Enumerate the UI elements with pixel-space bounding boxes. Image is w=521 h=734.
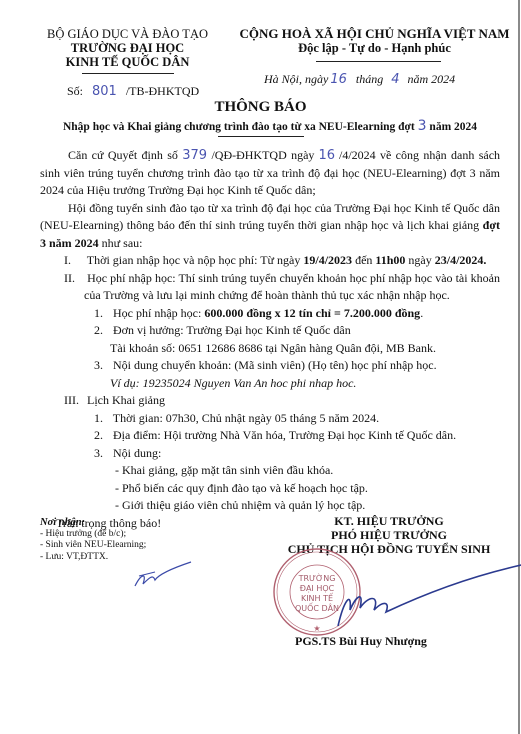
beneficiary: Đơn vị hưởng: Trường Đại học Kinh tế Quố…	[113, 323, 351, 337]
recipient-item: - Lưu: VT,ĐTTX.	[40, 552, 146, 564]
national-motto: Độc lập - Tự do - Hạnh phúc	[232, 41, 517, 56]
school-name-line1: TRƯỜNG ĐẠI HỌC	[40, 41, 215, 55]
item-number: 2.	[94, 427, 110, 445]
date-day: 16	[330, 72, 347, 87]
school-name-line2: KINH TẾ QUỐC DÂN	[40, 55, 215, 69]
section-tuition: II. Học phí nhập học: Thí sinh trúng tuy…	[40, 270, 500, 305]
transfer-content: Nội dung chuyển khoản: (Mã sinh viên) (H…	[113, 358, 437, 372]
issuing-authority: BỘ GIÁO DỤC VÀ ĐÀO TẠO TRƯỜNG ĐẠI HỌC KI…	[40, 27, 215, 69]
date-year: năm 2024	[408, 72, 456, 86]
list-item: 1. Thời gian: 07h30, Chủ nhật ngày 05 th…	[40, 410, 500, 428]
transfer-example: Ví dụ: 19235024 Nguyen Van An hoc phi nh…	[40, 375, 500, 393]
recipients-heading: Nơi nhận:	[40, 517, 146, 529]
document-number: Số: 801 /TB-ĐHKTQD	[67, 84, 199, 99]
signature-title-1: KT. HIỆU TRƯỞNG	[262, 514, 516, 528]
intro-text: như sau:	[102, 236, 143, 250]
list-item: 3. Nội dung:	[40, 445, 500, 463]
intro-paragraph-2: Hội đồng tuyển sinh đào tạo từ xa trình …	[40, 200, 500, 253]
end-date: 23/4/2024.	[435, 253, 487, 267]
section-text: ngày	[408, 253, 431, 267]
item-text: .	[420, 306, 423, 320]
document-subtitle: Nhập học và Khai giảng chương trình đào …	[30, 118, 510, 134]
section-opening-ceremony: III. Lịch Khai giảng	[40, 392, 500, 410]
left-header-rule	[82, 73, 174, 74]
intro-text: /QĐ-ĐHKTQD ngày	[211, 148, 314, 162]
recipient-item: - Hiệu trưởng (để b/c);	[40, 529, 146, 541]
item-number: 1.	[94, 410, 110, 428]
subtitle-batch: 3	[418, 118, 427, 134]
ceremony-time: Thời gian: 07h30, Chủ nhật ngày 05 tháng…	[113, 411, 379, 425]
section-text: Lịch Khai giảng	[87, 393, 165, 407]
signer-name: PGS.TS Bùi Huy Nhượng	[295, 634, 427, 649]
handwritten-signature-icon	[330, 560, 521, 630]
document-title: THÔNG BÁO	[0, 99, 521, 116]
list-item: 1. Học phí nhập học: 600.000 đồng x 12 t…	[40, 305, 500, 323]
tuition-amount: 600.000 đồng x 12 tín chỉ = 7.200.000 đồ…	[204, 306, 420, 320]
recipients-block: Nơi nhận: - Hiệu trưởng (để b/c); - Sinh…	[40, 517, 146, 563]
signature-title-2: PHÓ HIỆU TRƯỞNG	[262, 528, 516, 542]
ceremony-location: Địa điểm: Hội trường Nhà Văn hóa, Trường…	[113, 428, 456, 442]
section-text: Thời gian nhập học và nộp học phí: Từ ng…	[87, 253, 301, 267]
list-item: 2. Đơn vị hưởng: Trường Đại học Kinh tế …	[40, 322, 500, 340]
item-number: 3.	[94, 357, 110, 375]
section-number: III.	[64, 392, 84, 410]
recipient-item: - Sinh viên NEU-Elearning;	[40, 540, 146, 552]
section-number: II.	[64, 270, 84, 288]
section-text: Học phí nhập học: Thí sinh trúng tuyển c…	[84, 271, 500, 303]
intro-text: Căn cứ Quyết định số	[68, 148, 178, 162]
section-number: I.	[64, 252, 84, 270]
national-header: CỘNG HOÀ XÃ HỘI CHỦ NGHĨA VIỆT NAM Độc l…	[232, 26, 517, 56]
subtitle-prefix: Nhập học và Khai giảng chương trình đào …	[63, 121, 415, 133]
intro-paragraph-1: Căn cứ Quyết định số 379 /QĐ-ĐHKTQD ngày…	[40, 147, 500, 200]
ceremony-content-label: Nội dung:	[113, 446, 161, 460]
intro-text: Hội đồng tuyển sinh đào tạo từ xa trình …	[40, 201, 500, 233]
agenda-item: - Giới thiệu giáo viên chủ nhiệm và quản…	[40, 497, 500, 515]
section-enrollment-time: I. Thời gian nhập học và nộp học phí: Từ…	[40, 252, 500, 270]
nation-name: CỘNG HOÀ XÃ HỘI CHỦ NGHĨA VIỆT NAM	[232, 26, 517, 41]
subtitle-suffix: năm 2024	[429, 121, 477, 133]
ministry-name: BỘ GIÁO DỤC VÀ ĐÀO TẠO	[40, 27, 215, 41]
start-date: 19/4/2023	[303, 253, 352, 267]
list-item: 3. Nội dung chuyển khoản: (Mã sinh viên)…	[40, 357, 500, 375]
svg-text:★: ★	[313, 624, 320, 633]
date-prefix: Hà Nội, ngày	[264, 72, 328, 86]
date-month-label: tháng	[356, 72, 383, 86]
item-number: 2.	[94, 322, 110, 340]
bank-account: Tài khoản số: 0651 12686 8686 tại Ngân h…	[40, 340, 500, 358]
date-month: 4	[391, 72, 399, 87]
agenda-item: - Khai giảng, gặp mặt tân sinh viên đầu …	[40, 462, 500, 480]
decision-number: 379	[182, 148, 207, 163]
item-text: Học phí nhập học:	[113, 306, 201, 320]
title-rule	[218, 136, 304, 137]
number-handwritten: 801	[92, 84, 117, 99]
document-body: Căn cứ Quyết định số 379 /QĐ-ĐHKTQD ngày…	[40, 147, 500, 532]
section-text: đến	[355, 253, 372, 267]
agenda-item: - Phổ biến các quy định đào tạo và kế ho…	[40, 480, 500, 498]
number-suffix: /TB-ĐHKTQD	[126, 84, 199, 98]
right-header-rule	[316, 61, 441, 62]
number-label: Số:	[67, 84, 83, 98]
item-number: 3.	[94, 445, 110, 463]
decision-day: 16	[318, 148, 335, 163]
deadline-time: 11h00	[375, 253, 405, 267]
item-number: 1.	[94, 305, 110, 323]
initials-signature-icon	[133, 560, 193, 590]
list-item: 2. Địa điểm: Hội trường Nhà Văn hóa, Trư…	[40, 427, 500, 445]
issue-date: Hà Nội, ngày16 tháng 4 năm 2024	[264, 72, 455, 87]
